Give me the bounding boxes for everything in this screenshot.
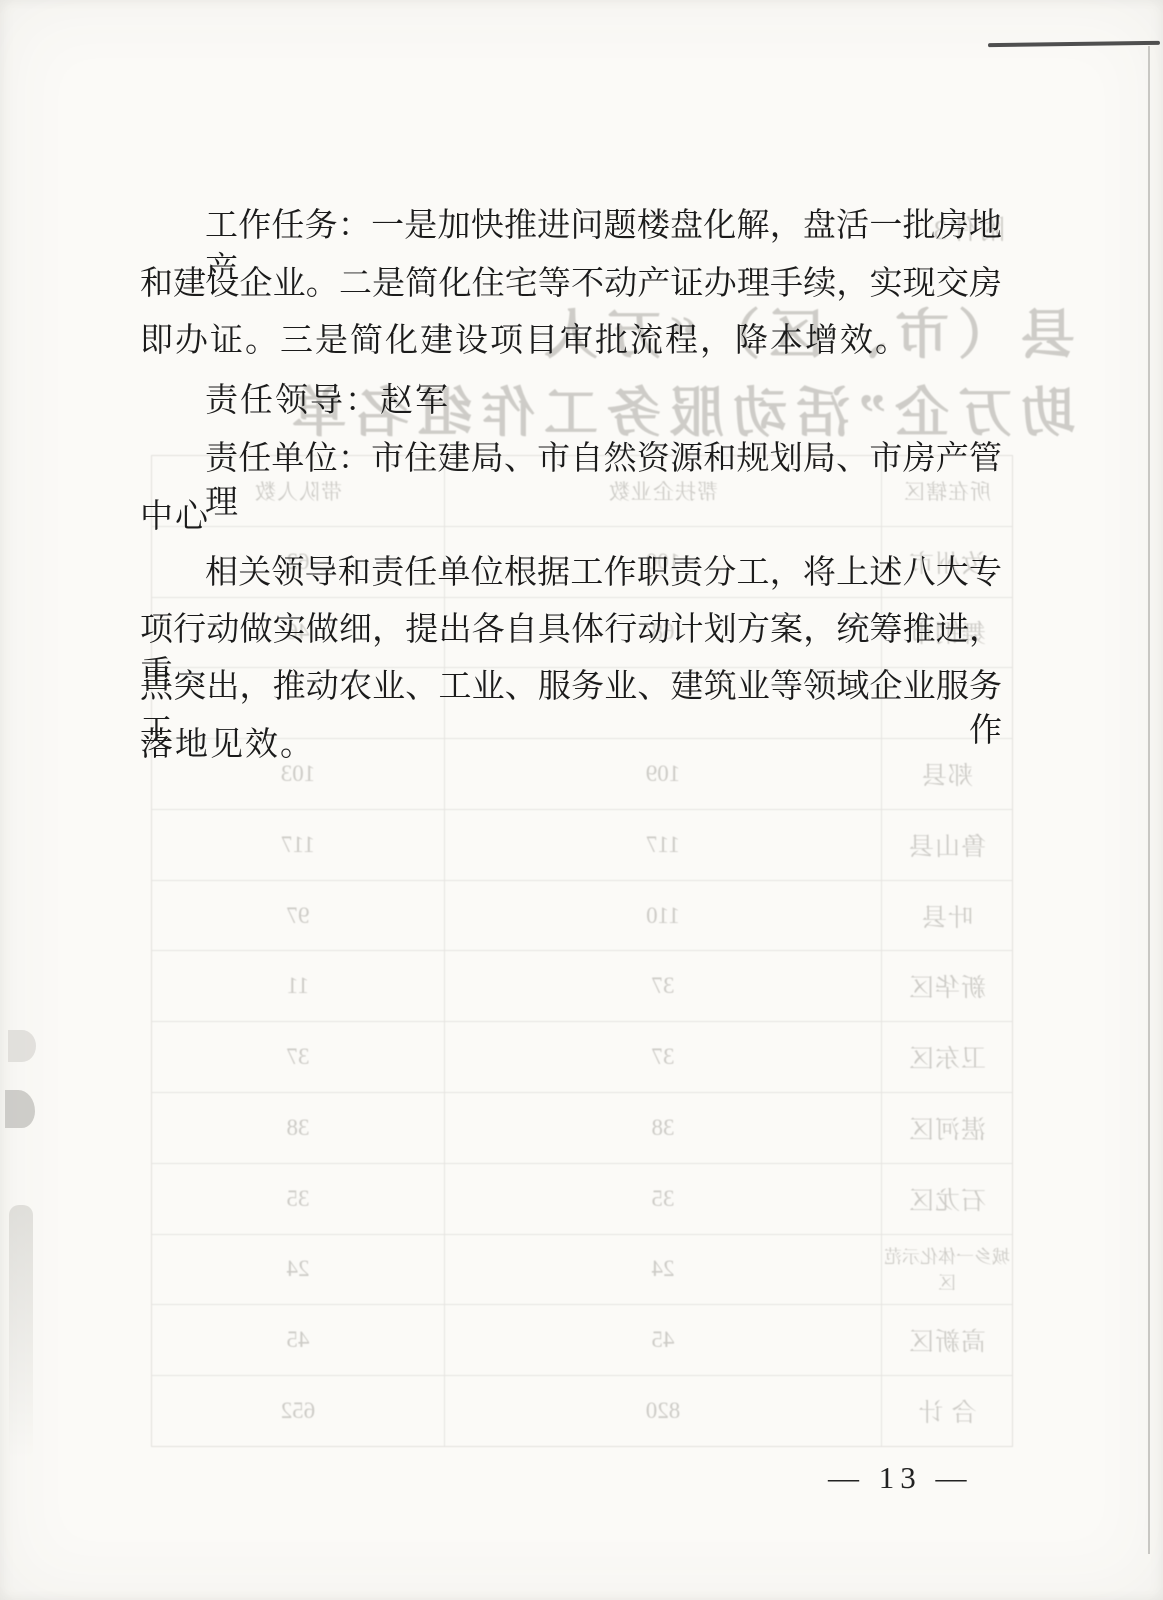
bleed-table-cell: 820 <box>444 1376 881 1446</box>
bleed-table-cell: 110 <box>444 881 881 951</box>
bleed-table-row: 卫东区3737 <box>152 1022 1012 1093</box>
bleed-table-cell: 37 <box>444 1022 881 1092</box>
scan-artifact-left-smudge-1 <box>8 1030 36 1062</box>
bleed-table-row: 城乡一体化示范区2424 <box>152 1235 1012 1306</box>
bleed-table-cell: 高新区 <box>881 1305 1012 1375</box>
scan-artifact-left-smudge-2 <box>5 1090 35 1128</box>
bleed-table-row: 新华区3711 <box>152 951 1012 1022</box>
responsible-unit-line2: 中心 <box>140 495 210 539</box>
bleed-table-cell: 新华区 <box>881 951 1012 1021</box>
bleed-table-cell: 117 <box>152 810 444 880</box>
responsible-unit-line1: 责任单位：市住建局、市自然资源和规划局、市房产管理 <box>205 437 1002 525</box>
bleed-table-cell: 37 <box>152 1022 444 1092</box>
bleed-table-cell: 24 <box>152 1235 444 1305</box>
bleed-table-cell: 11 <box>152 951 444 1021</box>
bleed-table-cell: 38 <box>152 1093 444 1163</box>
bleed-table-cell: 652 <box>152 1376 444 1446</box>
bleed-table-row: 石龙区3535 <box>152 1164 1012 1235</box>
bleed-table-cell: 石龙区 <box>881 1164 1012 1234</box>
bleed-table-cell: 45 <box>152 1305 444 1375</box>
responsible-leader-line: 责任领导：赵军 <box>205 379 450 423</box>
bleed-table-cell: 合 计 <box>881 1376 1012 1446</box>
bleed-table-row: 叶县11097 <box>152 881 1012 952</box>
scanned-document-page: 附件3 县（市、区）“万人 助万企”活动服务工作组名单 所在辖区帮扶企业数带队人… <box>0 0 1163 1600</box>
bleed-table-cell: 37 <box>444 951 881 1021</box>
bleed-table-cell: 117 <box>444 810 881 880</box>
bleed-table-cell: 35 <box>444 1164 881 1234</box>
bleed-table-row: 高新区4545 <box>152 1305 1012 1376</box>
bleed-table-cell: 叶县 <box>881 881 1012 951</box>
bleed-table-cell: 24 <box>444 1235 881 1305</box>
bleed-table-row: 合 计820652 <box>152 1376 1012 1446</box>
bleed-table-cell: 卫东区 <box>881 1022 1012 1092</box>
paragraph1-line2: 和建设企业。二是简化住宅等不动产证办理手续，实现交房 <box>140 262 1002 306</box>
page-number: — 13 — <box>828 1460 973 1496</box>
paragraph3-line4: 落地见效。 <box>140 723 315 767</box>
paragraph1-line3: 即办证。三是简化建设项目审批流程，降本增效。 <box>140 319 910 363</box>
bleed-table-row: 鲁山县117117 <box>152 810 1012 881</box>
bleed-table-cell: 38 <box>444 1093 881 1163</box>
scan-artifact-top-line <box>988 41 1160 47</box>
bleed-table-cell: 城乡一体化示范区 <box>881 1235 1012 1305</box>
bleed-table-row: 湛河区3838 <box>152 1093 1012 1164</box>
scan-artifact-right-edge <box>1148 46 1150 1554</box>
bleed-table: 所在辖区帮扶企业数带队人数汝州市10062舞钢市6846郏县109103鲁山县1… <box>151 455 1013 1447</box>
bleed-table-cell: 45 <box>444 1305 881 1375</box>
bleed-table-cell: 鲁山县 <box>881 810 1012 880</box>
bleed-table-cell: 湛河区 <box>881 1093 1012 1163</box>
scan-artifact-left-smudge-3 <box>9 1205 33 1460</box>
bleed-table-cell: 35 <box>152 1164 444 1234</box>
paragraph3-line1: 相关领导和责任单位根据工作职责分工，将上述八大专 <box>205 551 1002 595</box>
bleed-table-cell: 97 <box>152 881 444 951</box>
